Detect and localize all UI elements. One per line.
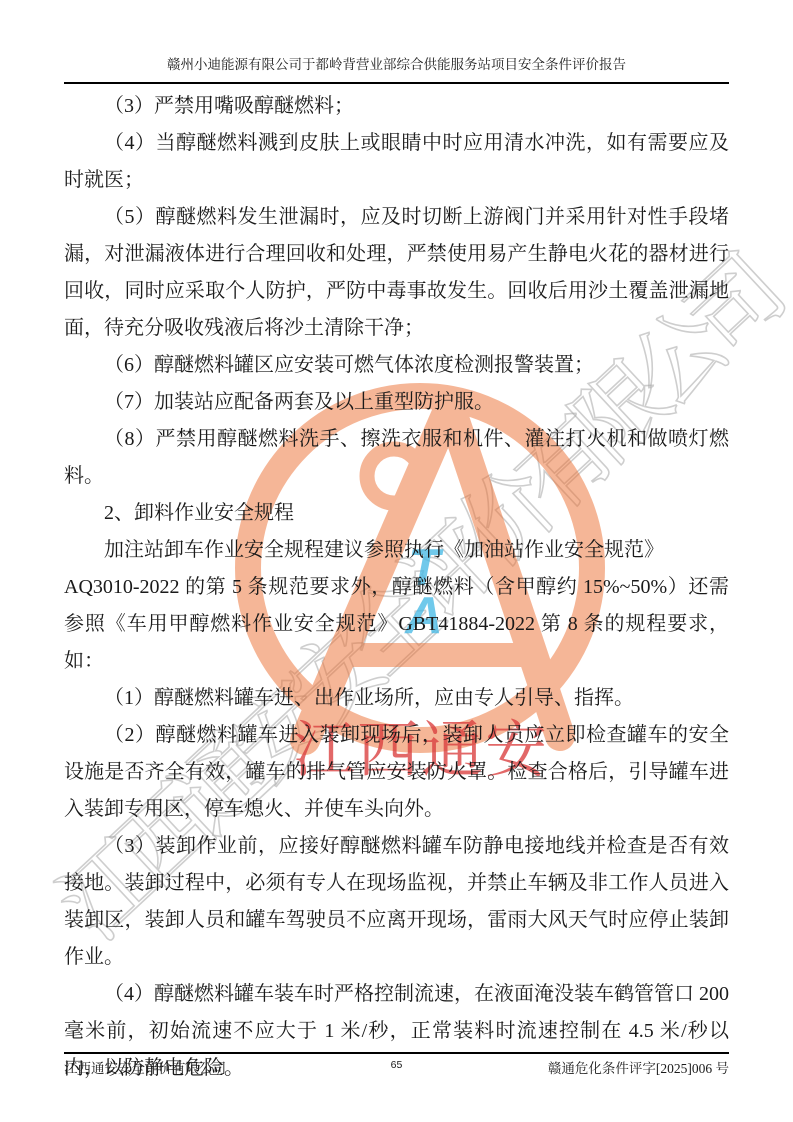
body-paragraph: （3）严禁用嘴吸醇醚燃料； [64,88,729,125]
body-paragraph: （7）加装站应配备两套及以上重型防护服。 [64,384,729,421]
body-paragraph: 2、卸料作业安全规程 [64,495,729,532]
footer-company-name: 江西通安安全评价有限公司 [64,1057,226,1077]
page-footer: 江西通安安全评价有限公司 65 赣通危化条件评字[2025]006 号 [64,1052,729,1077]
body-paragraph: （2）醇醚燃料罐车进入装卸现场后，装卸人员应立即检查罐车的安全设施是否齐全有效，… [64,717,729,828]
body-paragraph: （1）醇醚燃料罐车进、出作业场所，应由专人引导、指挥。 [64,680,729,717]
page-number: 65 [391,1057,403,1071]
body-paragraph: （6）醇醚燃料罐区应安装可燃气体浓度检测报警装置； [64,347,729,384]
body-paragraph: （3）装卸作业前，应接好醇醚燃料罐车防静电接地线并检查是否有效接地。装卸过程中，… [64,828,729,976]
body-paragraph: （5）醇醚燃料发生泄漏时，应及时切断上游阀门并采用针对性手段堵漏，对泄漏液体进行… [64,199,729,347]
footer-document-number: 赣通危化条件评字[2025]006 号 [548,1057,729,1077]
body-paragraph: （8）严禁用醇醚燃料洗手、擦洗衣服和机件、灌注打火机和做喷灯燃料。 [64,421,729,495]
body-paragraph: （4）当醇醚燃料溅到皮肤上或眼睛中时应用清水冲洗，如有需要应及时就医； [64,125,729,199]
body-content: （3）严禁用嘴吸醇醚燃料；（4）当醇醚燃料溅到皮肤上或眼睛中时应用清水冲洗，如有… [64,88,729,1087]
page-header: 赣州小迪能源有限公司于都岭背营业部综合供能服务站项目安全条件评价报告 [64,53,729,84]
document-page: 江西通安安全评价有限公司 T A 江西通安 赣州小迪能源有限公司于都岭背营业部综… [0,0,793,1122]
report-title: 赣州小迪能源有限公司于都岭背营业部综合供能服务站项目安全条件评价报告 [167,57,626,72]
body-paragraph: 加注站卸车作业安全规程建议参照执行《加油站作业安全规范》 AQ3010-2022… [64,532,729,680]
